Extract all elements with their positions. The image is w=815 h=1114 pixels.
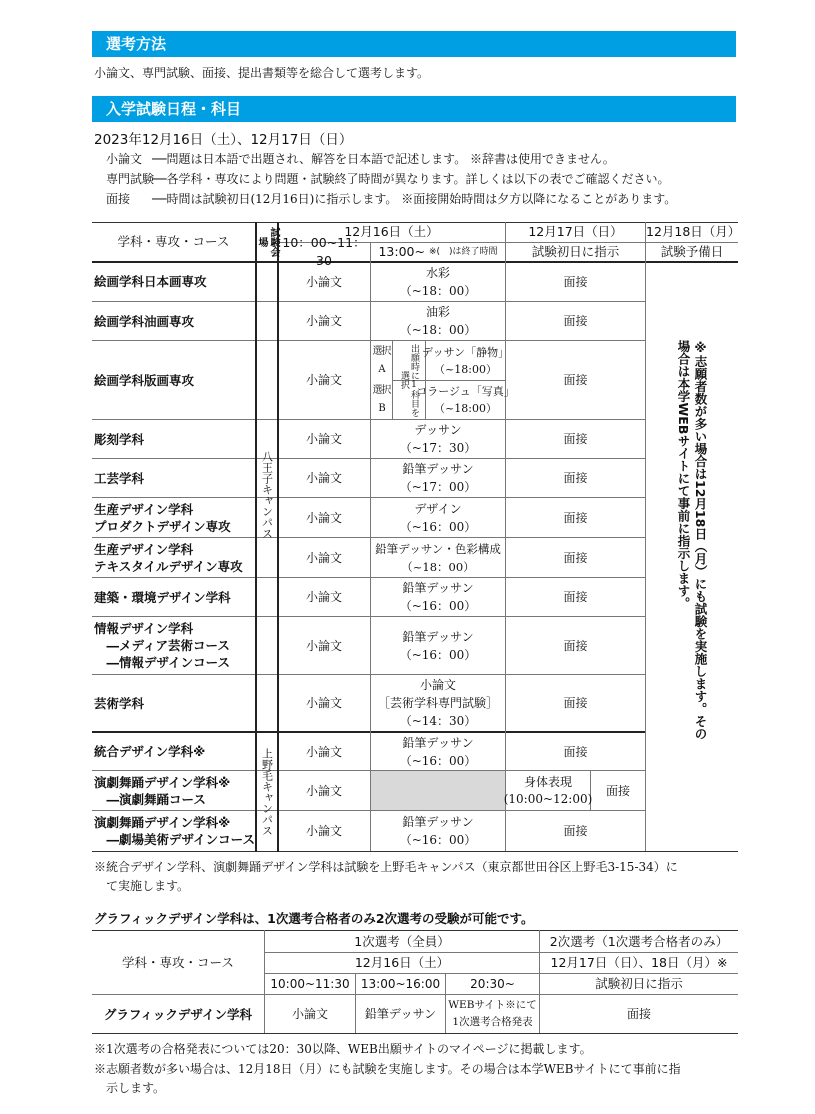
exam-dates: 2023年12月16日（土）、12月17日（日）	[94, 128, 352, 148]
graphic-header-stage2-date: 12月17日（日）、18日（月）※	[540, 953, 738, 973]
header-day2-sub: 試験初日に指示	[506, 242, 645, 261]
graphic-header-dept: 学科・専攻・コース	[92, 931, 264, 994]
header-dept: 学科・専攻・コース	[92, 222, 255, 261]
choice-b: コラージュ「写真」 （~18:00）	[426, 381, 505, 419]
note-specialty-exam: 専門試験──各学科・専攻により問題・試験終了時間が異なります。詳しくは以下の表で…	[106, 170, 670, 188]
graphic-footnote-1: ※1次選考の合格発表については20：30以降、WEB出願サイトのマイページに掲載…	[94, 1040, 592, 1058]
choice-a: デッサン「静物」 （~18:00）	[426, 341, 505, 380]
graphic-header-stage1-date: 12月16日（土）	[265, 953, 539, 973]
graphic-table-title: グラフィックデザイン学科は、1次選考合格者のみ2次選考の受験が可能です。	[94, 909, 534, 927]
graphic-header-stage2: 2次選考（1次選考合格者のみ）	[540, 931, 738, 952]
choice-b-label: 選択B	[371, 381, 392, 419]
graphic-header-stage1: 1次選考（全員）	[265, 931, 539, 952]
note-essay: 小論文──問題は日本語で出題され、解答を日本語で記述します。 ※辞書は使用できま…	[106, 150, 615, 168]
campus-hachioji: 八王子キャンパス	[257, 440, 277, 550]
header-venue: 試験会場	[257, 223, 277, 261]
selection-method-text: 小論文、専門試験、面接、提出書類等を総合して選考します。	[94, 64, 429, 82]
empty-gray-cell	[371, 771, 505, 810]
graphic-footnote-2: ※志願者数が多い場合は、12月18日（月）にも試験を実施します。その場合は本学W…	[94, 1060, 681, 1098]
graphic-header-stage2-sub: 試験初日に指示	[540, 974, 738, 994]
header-day1-slot2: 13:00~ ※( )は終了時間	[371, 242, 505, 261]
section-title-schedule: 入学試験日程・科目	[92, 96, 736, 122]
section-title-selection-method: 選考方法	[92, 31, 736, 57]
header-day1-slot1: 10：00~11：30	[278, 242, 370, 261]
physical-expression: 身体表現 (10:00~12:00)	[506, 771, 590, 810]
campus-kaminoge: 上野毛キャンパス	[257, 738, 277, 846]
choice-a-label: 選択A	[371, 341, 392, 380]
day3-note: ※志願者数が多い場合は12月18日（月）にも試験を実施します。その場合は本学WE…	[662, 340, 722, 750]
note-interview: 面接──時間は試験初日(12月16日)に指示します。 ※面接開始時間は夕方以降に…	[106, 190, 676, 208]
header-day3: 12月18日（月）	[646, 222, 738, 242]
graphic-header-slot1: 10:00~11:30	[265, 974, 355, 994]
graphic-header-slot3: 20:30~	[446, 974, 539, 994]
header-day2: 12月17日（日）	[506, 222, 645, 242]
graphic-header-slot2: 13:00~16:00	[356, 974, 445, 994]
header-day3-sub: 試験予備日	[646, 242, 738, 261]
kaminoge-footnote: ※統合デザイン学科、演劇舞踊デザイン学科は試験を上野毛キャンパス（東京都世田谷区…	[94, 858, 678, 896]
